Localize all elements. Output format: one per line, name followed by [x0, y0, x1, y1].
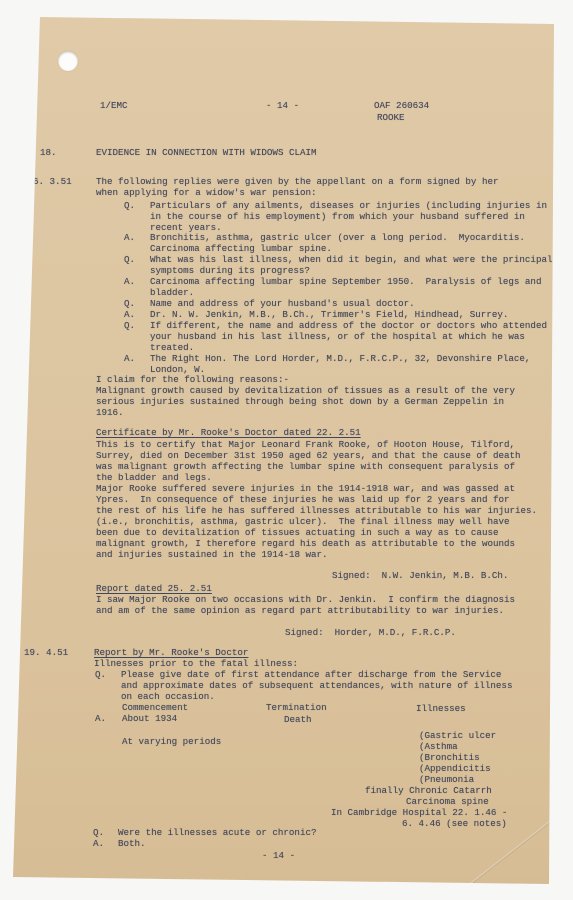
qa-item: A. Bronchitis, asthma, gastric ulcer (ov…: [96, 232, 525, 254]
qa-text: What was his last illness, when did it b…: [150, 254, 552, 276]
illness-item: (Gastric ulcer: [419, 730, 496, 741]
qa-marker: Q.: [124, 200, 135, 211]
entry-date-19-4-51: 19. 4.51: [24, 647, 68, 658]
paper-sheet: 1/EMC - 14 - OAF 260634 ROOKE 18. EVIDEN…: [0, 0, 573, 900]
section-title: EVIDENCE IN CONNECTION WITH WIDOWS CLAIM: [96, 147, 317, 158]
certificate-paragraph-1: This is to certify that Major Leonard Fr…: [96, 439, 521, 483]
qa-text: The Right Hon. The Lord Horder, M.D., F.…: [150, 353, 530, 375]
table-answer-marker: A.: [95, 713, 106, 724]
qa-text: If different, the name and address of th…: [150, 320, 547, 353]
qa-text: Bronchitis, asthma, gastric ulcer (over …: [150, 232, 525, 254]
signature-horder: Signed: Horder, M.D., F.R.C.P.: [285, 627, 456, 638]
qa-marker: Q.: [93, 827, 104, 838]
table-cell-commencement-1: About 1934: [122, 713, 177, 724]
qa-item: A. Both.: [93, 838, 146, 849]
qa-marker: A.: [124, 276, 135, 287]
header-surname: ROOKE: [377, 112, 405, 123]
illness-item: (Appendicitis: [419, 763, 496, 774]
header-file-number: OAF 260634: [374, 100, 429, 111]
qa-item: A. Carcinoma affecting lumbar spine Sept…: [96, 276, 541, 298]
qa-item: Q. Were the illnesses acute or chronic?: [93, 827, 316, 838]
footer-page-number: - 14 -: [262, 850, 295, 861]
illness-item: (Bronchitis: [419, 752, 496, 763]
illness-finally: finally Chronic Catarrh: [365, 785, 492, 796]
report-heading: Report dated 25. 2.51: [96, 583, 212, 594]
qa-item: Q. Please give date of first attendance …: [95, 669, 512, 702]
qa-marker: A.: [124, 309, 135, 320]
doctor-report-heading: Report by Mr. Rooke's Doctor: [94, 647, 248, 658]
qa-item: Q. If different, the name and address of…: [96, 320, 547, 353]
hole-punch: [58, 51, 78, 71]
qa-text: Carcinoma affecting lumbar spine Septemb…: [150, 276, 541, 298]
entry1-intro: The following replies were given by the …: [96, 176, 498, 198]
certificate-paragraph-2: Major Rooke suffered severe injuries in …: [96, 483, 537, 560]
qa-marker: Q.: [95, 669, 106, 680]
qa-item: Q. Particulars of any ailments, diseases…: [96, 200, 547, 233]
illness-item: (Pneumonia: [419, 774, 496, 785]
qa-marker: A.: [124, 353, 135, 364]
signature-jenkin: Signed: N.W. Jenkin, M.B. B.Ch.: [332, 570, 508, 581]
header-reference: 1/EMC: [100, 100, 128, 111]
illness-carcinoma: Carcinoma spine: [406, 796, 489, 807]
report-body: I saw Major Rooke on two occasions with …: [96, 594, 515, 616]
qa-text: Both.: [118, 838, 146, 849]
hospital-line-1: In Cambridge Hospital 22. 1.46 -: [331, 807, 507, 818]
claim-body: Malignant growth caused by devitalizatio…: [96, 385, 515, 418]
qa-marker: A.: [124, 232, 135, 243]
table-column-illnesses: Illnesses: [416, 703, 466, 714]
certificate-heading: Certificate by Mr. Rooke's Doctor dated …: [96, 427, 361, 438]
qa-marker: Q.: [124, 298, 135, 309]
qa-marker: Q.: [124, 320, 135, 331]
qa-text: Were the illnesses acute or chronic?: [118, 827, 316, 838]
doctor-report-subheading: Illnesses prior to the fatal illness:: [94, 658, 298, 669]
hospital-line-2: 6. 4.46 (see notes): [402, 818, 507, 829]
entry-date-6-3-51: 6. 3.51: [33, 176, 72, 187]
qa-item: Q. Name and address of your husband's us…: [96, 298, 415, 309]
qa-marker: Q.: [124, 254, 135, 265]
qa-text: Please give date of first attendance aft…: [121, 669, 512, 702]
scanned-document-page: 1/EMC - 14 - OAF 260634 ROOKE 18. EVIDEN…: [0, 0, 573, 900]
table-column-commencement: Commencement: [122, 702, 188, 713]
section-number: 18.: [40, 147, 57, 158]
illness-item: (Asthma: [419, 741, 496, 752]
claim-intro: I claim for the following reasons:-: [96, 374, 289, 385]
table-cell-commencement-2: At varying periods: [122, 736, 221, 747]
table-cell-termination-1: Death: [284, 714, 312, 725]
table-column-termination: Termination: [266, 702, 327, 713]
qa-text: Name and address of your husband's usual…: [150, 298, 415, 309]
illness-list: (Gastric ulcer (Asthma (Bronchitis (Appe…: [419, 730, 496, 785]
header-page-number: - 14 -: [266, 100, 299, 111]
qa-item: A. The Right Hon. The Lord Horder, M.D.,…: [96, 353, 530, 375]
qa-item: A. Dr. N. W. Jenkin, M.B., B.Ch., Trimme…: [96, 309, 508, 320]
qa-text: Particulars of any ailments, diseases or…: [150, 200, 547, 233]
qa-item: Q. What was his last illness, when did i…: [96, 254, 552, 276]
qa-marker: A.: [93, 838, 104, 849]
qa-text: Dr. N. W. Jenkin, M.B., B.Ch., Trimmer's…: [150, 309, 508, 320]
